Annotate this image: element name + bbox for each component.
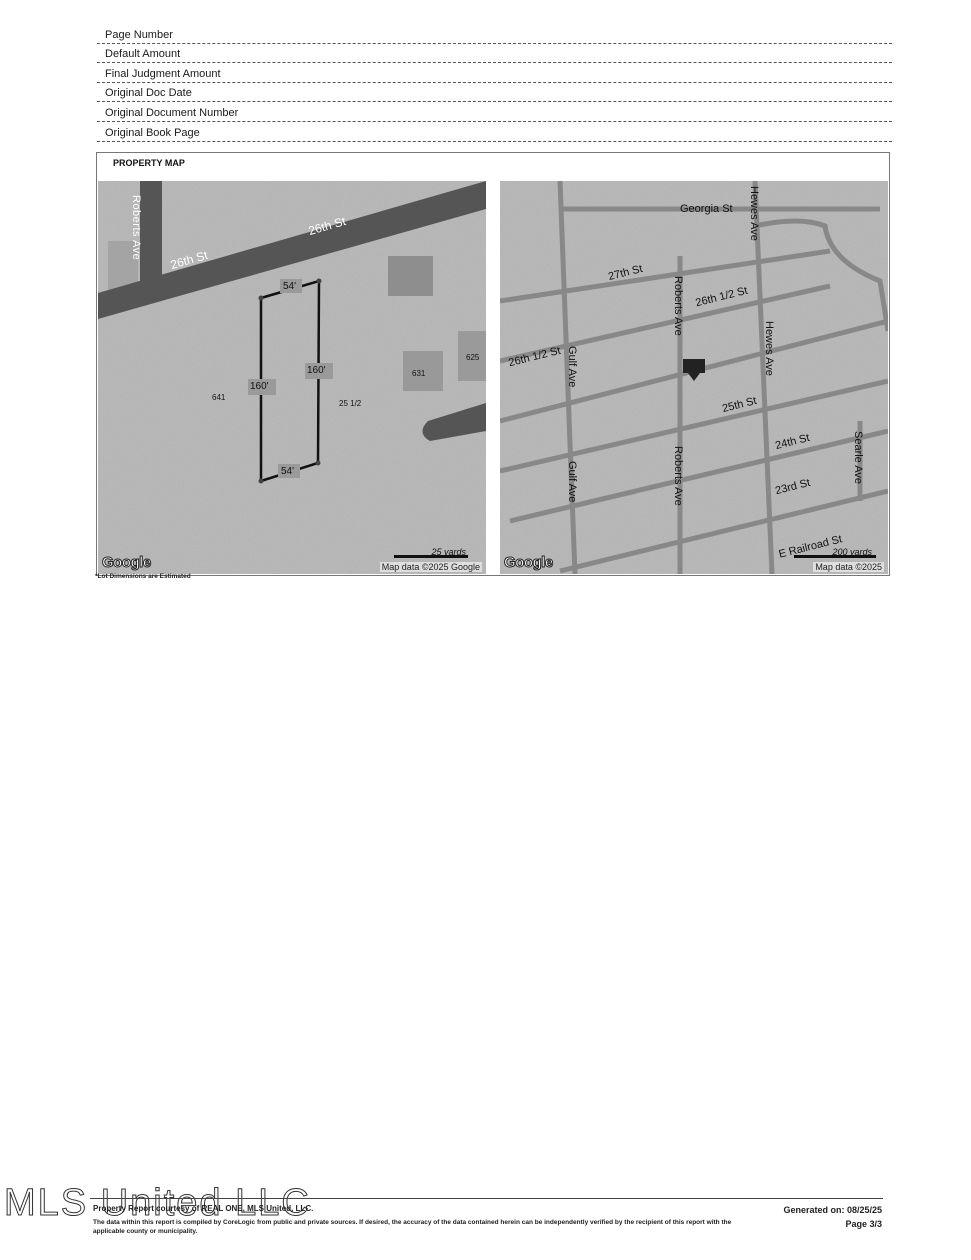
street-label: Hewes Ave: [748, 186, 760, 241]
parcel-label: 641: [212, 393, 225, 402]
lot-dimensions-note: *Lot Dimensions are Estimated: [95, 573, 191, 580]
street-label: Georgia St: [680, 203, 733, 215]
dimension-front: 54': [283, 281, 296, 292]
field-final-judgment-amount: Final Judgment Amount: [97, 63, 892, 83]
scale-label: 25 yards: [431, 547, 466, 557]
parcel-label: 25 1/2: [339, 399, 361, 408]
google-logo: Google: [102, 554, 151, 571]
parcel-label: 625: [466, 353, 479, 362]
field-label: Original Doc Date: [105, 87, 192, 99]
scale-label: 200 yards: [832, 547, 872, 557]
field-label: Default Amount: [105, 48, 180, 60]
neighborhood-map[interactable]: Georgia St 27th St 26th 1/2 St 26th 1/2 …: [500, 181, 888, 574]
dimension-back: 54': [281, 466, 294, 477]
street-label: Roberts Ave: [672, 276, 684, 336]
field-original-doc-date: Original Doc Date: [97, 83, 892, 103]
property-fields: Page Number Default Amount Final Judgmen…: [97, 24, 892, 142]
generated-date: Generated on: 08/25/25: [783, 1205, 882, 1215]
field-original-book-page: Original Book Page: [97, 122, 892, 142]
map-attribution: Map data ©2025 Google: [380, 562, 482, 572]
field-label: Original Book Page: [105, 127, 200, 139]
field-label: Original Document Number: [105, 107, 238, 119]
street-label: Roberts Ave: [672, 446, 684, 506]
property-map-section: PROPERTY MAP Roberts Av: [96, 152, 890, 576]
street-label: Searle Ave: [852, 431, 864, 484]
dimension-right: 160': [307, 365, 326, 376]
field-label: Final Judgment Amount: [105, 68, 221, 80]
page-indicator: Page 3/3: [845, 1219, 882, 1229]
street-label: Hewes Ave: [763, 321, 775, 376]
field-default-amount: Default Amount: [97, 44, 892, 64]
parcel-map[interactable]: Roberts Ave 26th St 26th St 54' 54' 160'…: [98, 181, 486, 574]
parcel-map-graphic: [98, 181, 486, 574]
dimension-left: 160': [250, 381, 269, 392]
property-map-title: PROPERTY MAP: [113, 158, 185, 168]
field-original-document-number: Original Document Number: [97, 102, 892, 122]
footer-courtesy: Property Report courtesy of REAL ONE, ML…: [93, 1204, 313, 1213]
google-logo: Google: [504, 554, 553, 571]
parcel-label: 631: [412, 369, 425, 378]
property-location-marker[interactable]: [683, 359, 705, 381]
field-label: Page Number: [105, 29, 173, 41]
street-label: Gulf Ave: [566, 461, 578, 502]
footer-divider: [90, 1198, 883, 1199]
field-page-number: Page Number: [97, 24, 892, 44]
footer-disclaimer: The data within this report is compiled …: [93, 1218, 743, 1236]
street-label-roberts-ave: Roberts Ave: [130, 195, 142, 260]
map-attribution: Map data ©2025: [813, 562, 884, 572]
street-label: Gulf Ave: [566, 346, 578, 387]
